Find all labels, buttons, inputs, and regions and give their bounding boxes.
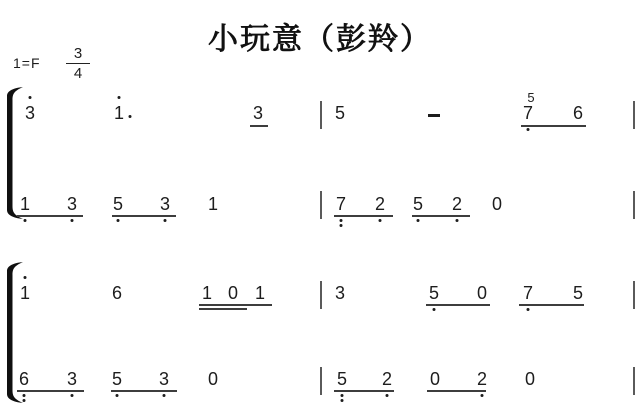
barline: [320, 101, 322, 129]
beam-underline: [199, 308, 247, 310]
augmentation-dot: [129, 115, 132, 118]
note: 5: [337, 370, 347, 388]
note: 1: [208, 195, 218, 213]
note: 0: [477, 284, 487, 302]
octave-dot-below: [456, 219, 459, 222]
key-signature: 1=F: [13, 55, 41, 71]
barline: [633, 281, 635, 309]
octave-dot-below: [116, 394, 119, 397]
beam-underline: [427, 390, 486, 392]
octave-dot-above: [118, 96, 121, 99]
octave-dot-below: [163, 394, 166, 397]
barline: [320, 191, 322, 219]
note: 5: [113, 195, 123, 213]
note: 5: [335, 104, 345, 122]
note: 5: [429, 284, 439, 302]
octave-dot-below: [341, 394, 344, 397]
note: 5: [573, 284, 583, 302]
note: 2: [477, 370, 487, 388]
beam-underline: [521, 125, 586, 127]
octave-dot-below: [23, 399, 26, 402]
beam-underline: [17, 215, 83, 217]
time-signature-denominator: 4: [66, 64, 90, 82]
note: 3: [160, 195, 170, 213]
time-signature: 3 4: [66, 45, 90, 82]
octave-dot-below: [386, 394, 389, 397]
note: 6: [19, 370, 29, 388]
note: 7: [336, 195, 346, 213]
barline: [633, 367, 635, 395]
octave-dot-below: [379, 219, 382, 222]
note: 1: [20, 284, 30, 302]
octave-dot-above: [24, 276, 27, 279]
note: 2: [375, 195, 385, 213]
note: 5: [413, 195, 423, 213]
octave-dot-below: [23, 394, 26, 397]
note: 1: [114, 104, 124, 122]
note: 1: [20, 195, 30, 213]
note: 3: [335, 284, 345, 302]
octave-dot-below: [341, 399, 344, 402]
beam-underline: [111, 390, 177, 392]
note: 3: [253, 104, 263, 122]
note: 6: [112, 284, 122, 302]
barline: [633, 191, 635, 219]
octave-dot-below: [71, 219, 74, 222]
note: 0: [208, 370, 218, 388]
note: 0: [492, 195, 502, 213]
beam-underline: [334, 215, 393, 217]
note: 3: [25, 104, 35, 122]
beam-underline: [426, 304, 490, 306]
note: 3: [67, 370, 77, 388]
beam-underline: [17, 390, 84, 392]
octave-dot-below: [527, 308, 530, 311]
octave-dot-below: [433, 308, 436, 311]
octave-dot-below: [71, 394, 74, 397]
note: 0: [430, 370, 440, 388]
sustain-dash: [428, 114, 440, 117]
note: 3: [67, 195, 77, 213]
octave-dot-below: [117, 219, 120, 222]
beam-underline: [112, 215, 176, 217]
beam-underline: [199, 304, 272, 306]
octave-dot-below: [340, 224, 343, 227]
barline: [320, 367, 322, 395]
octave-dot-below: [164, 219, 167, 222]
beam-underline: [250, 125, 268, 127]
beam-underline: [334, 390, 394, 392]
note: 7: [523, 104, 533, 122]
note: 6: [573, 104, 583, 122]
song-title: 小玩意（彭羚）: [0, 14, 640, 58]
note: 1: [202, 284, 212, 302]
note: 1: [255, 284, 265, 302]
note: 5: [112, 370, 122, 388]
note: 2: [452, 195, 462, 213]
barline: [633, 101, 635, 129]
octave-dot-below: [481, 394, 484, 397]
octave-dot-below: [24, 219, 27, 222]
sheet-music-page: 小玩意（彭羚） 1=F 3 4 313557613531725201610135…: [0, 0, 640, 418]
octave-dot-below: [340, 219, 343, 222]
octave-dot-above: [29, 96, 32, 99]
barline: [320, 281, 322, 309]
note: 0: [228, 284, 238, 302]
note: 0: [525, 370, 535, 388]
note: 2: [382, 370, 392, 388]
note: 3: [159, 370, 169, 388]
beam-underline: [519, 304, 584, 306]
octave-dot-below: [417, 219, 420, 222]
time-signature-numerator: 3: [66, 45, 90, 64]
octave-dot-below: [527, 128, 530, 131]
note: 7: [523, 284, 533, 302]
beam-underline: [412, 215, 470, 217]
